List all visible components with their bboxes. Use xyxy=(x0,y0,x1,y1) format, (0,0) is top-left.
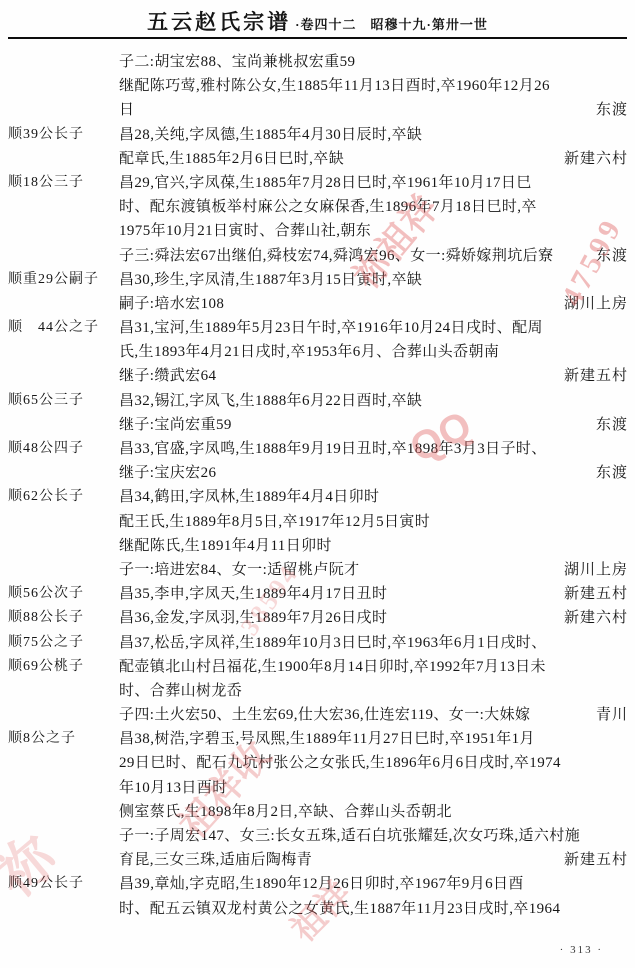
residence-label: 湖川上房 xyxy=(564,558,628,582)
entry-text: 昌31,宝河,生1889年5月23日午时,卒1916年10月24日戌时、配周 xyxy=(119,316,629,340)
book-title: 五云赵氏宗谱 xyxy=(147,10,291,34)
generation-label: 顺8公之子 xyxy=(8,727,76,751)
entry-text: 时、合葬山树龙岙 xyxy=(119,679,629,703)
residence-label: 东渡 xyxy=(596,461,628,485)
entry-text: 昌38,树浩,字碧玉,号凤煕,生1889年11月27日巳时,卒1951年1月 xyxy=(119,727,629,751)
generation-label: 顺56公次子 xyxy=(8,582,84,606)
genealogy-line: 配王氏,生1889年8月5日,卒1917年12月5日寅时 xyxy=(0,510,635,534)
generation-label: 顺18公三子 xyxy=(8,171,84,195)
entry-text: 年10月13日酉时 xyxy=(119,776,629,800)
entry-text: 昌34,鹤田,字凤林,生1889年4月4日卯时 xyxy=(119,485,629,509)
genealogy-line: 29日巳时、配石九坑村张公之女张氏,生1896年6月6日戌时,卒1974 xyxy=(0,751,635,775)
entry-text: 29日巳时、配石九坑村张公之女张氏,生1896年6月6日戌时,卒1974 xyxy=(119,751,629,775)
entry-text: 昌36,金发,字凤羽,生1889年7月26日戌时 xyxy=(119,606,629,630)
genealogy-line: 顺62公长子昌34,鹤田,字凤林,生1889年4月4日卯时 xyxy=(0,485,635,509)
generation-label: 顺48公四子 xyxy=(8,437,84,461)
genealogy-line: 继子:宝庆宏26东渡 xyxy=(0,461,635,485)
generation-label: 顺重29公嗣子 xyxy=(8,268,99,292)
entry-text: 昌28,关纯,字凤德,生1885年4月30日辰时,卒缺 xyxy=(119,123,629,147)
genealogy-line: 继子:宝尚宏重59东渡 xyxy=(0,413,635,437)
genealogy-line: 子三:舜法宏67出继伯,舜枝宏74,舜鸿宏96、女一:舜娇嫁荆坑后寮东渡 xyxy=(0,244,635,268)
entry-text: 昌29,官兴,字凤葆,生1885年7月28日巳时,卒1961年10月17日巳 xyxy=(119,171,629,195)
genealogy-line: 顺75公之子昌37,松岳,字凤祥,生1889年10月3日巳时,卒1963年6月1… xyxy=(0,631,635,655)
genealogy-line: 继子:缵武宏64新建五村 xyxy=(0,364,635,388)
header-rule xyxy=(8,37,627,39)
entry-text: 昌39,章灿,字克昭,生1890年12月26日卯时,卒1967年9月6日酉 xyxy=(119,872,629,896)
genealogy-entries: 子二:胡宝宏88、宝尚兼桃叔宏重59 继配陈巧莺,雅村陈公女,生1885年11月… xyxy=(0,50,635,921)
genealogy-line: 顺39公长子昌28,关纯,字凤德,生1885年4月30日辰时,卒缺 xyxy=(0,123,635,147)
entry-text: 继子:缵武宏64 xyxy=(119,364,629,388)
residence-label: 新建五村 xyxy=(564,848,628,872)
residence-label: 新建五村 xyxy=(564,582,628,606)
genealogy-line: 配章氏,生1885年2月6日巳时,卒缺新建六村 xyxy=(0,147,635,171)
entry-text: 子一:培进宏84、女一:适留桃卢阮才 xyxy=(119,558,629,582)
residence-label: 新建五村 xyxy=(564,364,628,388)
entry-text: 子三:舜法宏67出继伯,舜枝宏74,舜鸿宏96、女一:舜娇嫁荆坑后寮 xyxy=(119,244,629,268)
genealogy-line: 1975年10月21日寅时、合葬山社,朝东 xyxy=(0,219,635,243)
generation-label: 顺69公桃子 xyxy=(8,655,84,679)
generation-label: 顺62公长子 xyxy=(8,485,84,509)
genealogy-line: 继配陈巧莺,雅村陈公女,生1885年11月13日酉时,卒1960年12月26 xyxy=(0,74,635,98)
entry-text: 继配陈巧莺,雅村陈公女,生1885年11月13日酉时,卒1960年12月26 xyxy=(119,74,629,98)
residence-label: 青川 xyxy=(596,703,628,727)
entry-text: 配壶镇北山村吕福花,生1900年8月14日卯时,卒1992年7月13日未 xyxy=(119,655,629,679)
genealogy-line: 年10月13日酉时 xyxy=(0,776,635,800)
entry-text: 子一:子周宏147、女三:长女五珠,适石白坑张耀廷,次女巧珠,适六村施 xyxy=(119,824,629,848)
page-number: · 313 · xyxy=(560,944,603,956)
genealogy-line: 氏,生1893年4月21日戌时,卒1953年6月、合葬山头岙朝南 xyxy=(0,340,635,364)
genealogy-line: 顺重29公嗣子昌30,珍生,字凤清,生1887年3月15日寅时,卒缺 xyxy=(0,268,635,292)
entry-text: 昌35,李申,字凤天,生1889年4月17日丑时 xyxy=(119,582,629,606)
genealogy-page: 五云赵氏宗谱·卷四十二 昭穆十九·第卅一世 子二:胡宝宏88、宝尚兼桃叔宏重59… xyxy=(0,0,635,968)
genealogy-line: 顺8公之子昌38,树浩,字碧玉,号凤煕,生1889年11月27日巳时,卒1951… xyxy=(0,727,635,751)
genealogy-line: 日东渡 xyxy=(0,98,635,122)
entry-text: 侧室蔡氏,生1898年8月2日,卒缺、合葬山头岙朝北 xyxy=(119,800,629,824)
residence-label: 东渡 xyxy=(596,98,628,122)
genealogy-line: 时、配东渡镇板举村麻公之女麻保香,生1896年7月18日巳时,卒 xyxy=(0,195,635,219)
genealogy-line: 顺56公次子昌35,李申,字凤天,生1889年4月17日丑时新建五村 xyxy=(0,582,635,606)
entry-text: 昌30,珍生,字凤清,生1887年3月15日寅时,卒缺 xyxy=(119,268,629,292)
volume-subtitle: ·卷四十二 昭穆十九·第卅一世 xyxy=(295,17,488,32)
entry-text: 日 xyxy=(119,98,629,122)
entry-text: 子二:胡宝宏88、宝尚兼桃叔宏重59 xyxy=(119,50,629,74)
entry-text: 昌33,官盛,字凤鸣,生1888年9月19日丑时,卒1898年3月3日子时、 xyxy=(119,437,629,461)
genealogy-line: 顺69公桃子配壶镇北山村吕福花,生1900年8月14日卯时,卒1992年7月13… xyxy=(0,655,635,679)
genealogy-line: 顺65公三子昌32,锡江,字凤飞,生1888年6月22日酉时,卒缺 xyxy=(0,389,635,413)
generation-label: 顺 44公之子 xyxy=(8,316,99,340)
generation-label: 顺49公长子 xyxy=(8,872,84,896)
generation-label: 顺75公之子 xyxy=(8,631,84,655)
generation-label: 顺39公长子 xyxy=(8,123,84,147)
genealogy-line: 时、合葬山树龙岙 xyxy=(0,679,635,703)
genealogy-line: 子一:培进宏84、女一:适留桃卢阮才湖川上房 xyxy=(0,558,635,582)
genealogy-line: 育昆,三女三珠,适庙后陶梅青新建五村 xyxy=(0,848,635,872)
genealogy-line: 子一:子周宏147、女三:长女五珠,适石白坑张耀廷,次女巧珠,适六村施 xyxy=(0,824,635,848)
entry-text: 配王氏,生1889年8月5日,卒1917年12月5日寅时 xyxy=(119,510,629,534)
entry-text: 1975年10月21日寅时、合葬山社,朝东 xyxy=(119,219,629,243)
entry-text: 昌37,松岳,字凤祥,生1889年10月3日巳时,卒1963年6月1日戌时、 xyxy=(119,631,629,655)
genealogy-line: 顺48公四子昌33,官盛,字凤鸣,生1888年9月19日丑时,卒1898年3月3… xyxy=(0,437,635,461)
residence-label: 东渡 xyxy=(596,244,628,268)
genealogy-line: 继配陈氏,生1891年4月11日卯时 xyxy=(0,534,635,558)
residence-label: 新建六村 xyxy=(564,147,628,171)
entry-text: 嗣子:培水宏108 xyxy=(119,292,629,316)
genealogy-line: 顺 44公之子昌31,宝河,生1889年5月23日午时,卒1916年10月24日… xyxy=(0,316,635,340)
residence-label: 东渡 xyxy=(596,413,628,437)
entry-text: 时、配五云镇双龙村黄公之女黄氏,生1887年11月23日戌时,卒1964 xyxy=(119,897,629,921)
genealogy-line: 嗣子:培水宏108湖川上房 xyxy=(0,292,635,316)
genealogy-line: 顺18公三子昌29,官兴,字凤葆,生1885年7月28日巳时,卒1961年10月… xyxy=(0,171,635,195)
entry-text: 继配陈氏,生1891年4月11日卯时 xyxy=(119,534,629,558)
entry-text: 昌32,锡江,字凤飞,生1888年6月22日酉时,卒缺 xyxy=(119,389,629,413)
generation-label: 顺65公三子 xyxy=(8,389,84,413)
entry-text: 继子:宝庆宏26 xyxy=(119,461,629,485)
entry-text: 子四:土火宏50、土生宏69,仕大宏36,仕连宏119、女一:大妹嫁 xyxy=(119,703,629,727)
genealogy-line: 时、配五云镇双龙村黄公之女黄氏,生1887年11月23日戌时,卒1964 xyxy=(0,897,635,921)
genealogy-line: 顺88公长子昌36,金发,字凤羽,生1889年7月26日戌时新建六村 xyxy=(0,606,635,630)
entry-text: 育昆,三女三珠,适庙后陶梅青 xyxy=(119,848,629,872)
generation-label: 顺88公长子 xyxy=(8,606,84,630)
entry-text: 继子:宝尚宏重59 xyxy=(119,413,629,437)
genealogy-line: 侧室蔡氏,生1898年8月2日,卒缺、合葬山头岙朝北 xyxy=(0,800,635,824)
page-header: 五云赵氏宗谱·卷四十二 昭穆十九·第卅一世 xyxy=(0,6,635,36)
residence-label: 新建六村 xyxy=(564,606,628,630)
residence-label: 湖川上房 xyxy=(564,292,628,316)
entry-text: 氏,生1893年4月21日戌时,卒1953年6月、合葬山头岙朝南 xyxy=(119,340,629,364)
entry-text: 时、配东渡镇板举村麻公之女麻保香,生1896年7月18日巳时,卒 xyxy=(119,195,629,219)
genealogy-line: 子四:土火宏50、土生宏69,仕大宏36,仕连宏119、女一:大妹嫁青川 xyxy=(0,703,635,727)
genealogy-line: 顺49公长子昌39,章灿,字克昭,生1890年12月26日卯时,卒1967年9月… xyxy=(0,872,635,896)
genealogy-line: 子二:胡宝宏88、宝尚兼桃叔宏重59 xyxy=(0,50,635,74)
entry-text: 配章氏,生1885年2月6日巳时,卒缺 xyxy=(119,147,629,171)
